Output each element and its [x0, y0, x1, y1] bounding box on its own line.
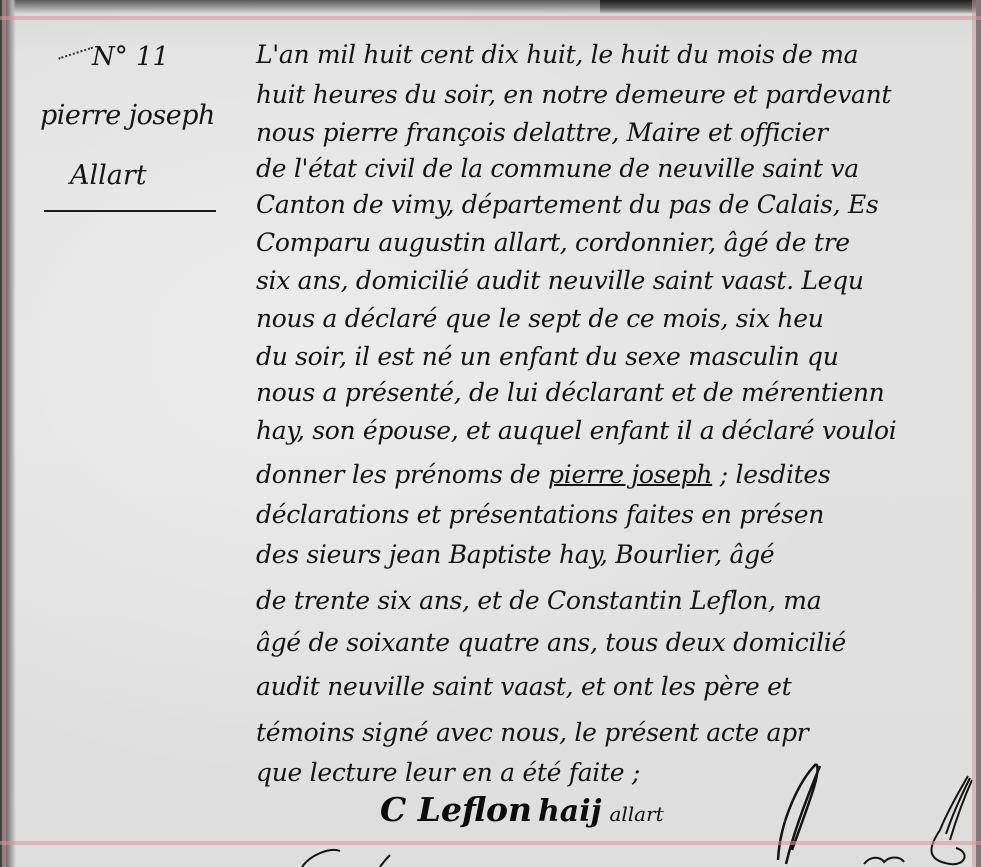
- act-number: N° 11: [92, 42, 169, 72]
- page-right-edge: [976, 0, 981, 867]
- body-line: de l'état civil de la commune de neuvill…: [256, 154, 859, 183]
- body-line-suffix: ; lesdites: [712, 460, 830, 489]
- frame-line-left: [2, 0, 6, 867]
- body-line: Comparu augustin allart, cordonnier, âgé…: [256, 228, 850, 257]
- underlined-given-names: pierre joseph: [548, 460, 712, 489]
- signature-leflon: C Leflon: [380, 790, 532, 829]
- body-line: audit neuville saint vaast, et ont les p…: [256, 672, 791, 701]
- signature-hay: haij: [538, 794, 602, 829]
- frame-line-top: [0, 16, 981, 20]
- frame-line-right: [972, 0, 976, 867]
- signature-allart: allart: [609, 802, 663, 826]
- body-line: que lecture leur en a été faite ;: [256, 758, 640, 787]
- body-line: nous pierre françois delattre, Maire et …: [256, 118, 828, 147]
- pen-flourish-icon: [920, 770, 976, 867]
- register-page: N° 11 pierre joseph Allart L'an mil huit…: [0, 0, 981, 867]
- frame-line-bottom: [0, 841, 981, 845]
- body-line: huit heures du soir, en notre demeure et…: [256, 80, 891, 109]
- margin-rule: [44, 210, 216, 212]
- page-top-shadow-dark: [600, 0, 981, 14]
- body-line: nous a présenté, de lui déclarant et de …: [256, 378, 884, 407]
- margin-given-name: pierre joseph: [40, 100, 215, 131]
- body-line: hay, son épouse, et auquel enfant il a d…: [256, 416, 897, 445]
- body-line: six ans, domicilié audit neuville saint …: [256, 266, 864, 295]
- pen-flourish-icon: [770, 760, 830, 867]
- body-line: nous a déclaré que le sept de ce mois, s…: [256, 304, 824, 333]
- body-line-prefix: donner les prénoms de: [256, 460, 548, 489]
- margin-family-name: Allart: [70, 160, 147, 191]
- body-line: témoins signé avec nous, le présent acte…: [256, 718, 808, 747]
- margin-dots: [58, 47, 93, 62]
- lower-text-fragment-icon: [860, 850, 920, 867]
- body-line: du soir, il est né un enfant du sexe mas…: [256, 342, 839, 371]
- body-line: Canton de vimy, département du pas de Ca…: [256, 190, 878, 219]
- lower-text-fragment-icon: [300, 845, 420, 867]
- body-line: des sieurs jean Baptiste hay, Bourlier, …: [256, 540, 774, 569]
- body-line-with-names: donner les prénoms de pierre joseph ; le…: [256, 460, 830, 489]
- body-line: L'an mil huit cent dix huit, le huit du …: [256, 40, 858, 69]
- body-line: déclarations et présentations faites en …: [256, 500, 824, 529]
- signatures: C Leflonhaijallart: [380, 790, 664, 829]
- body-line: de trente six ans, et de Constantin Lefl…: [256, 586, 821, 615]
- body-line: âgé de soixante quatre ans, tous deux do…: [256, 628, 846, 657]
